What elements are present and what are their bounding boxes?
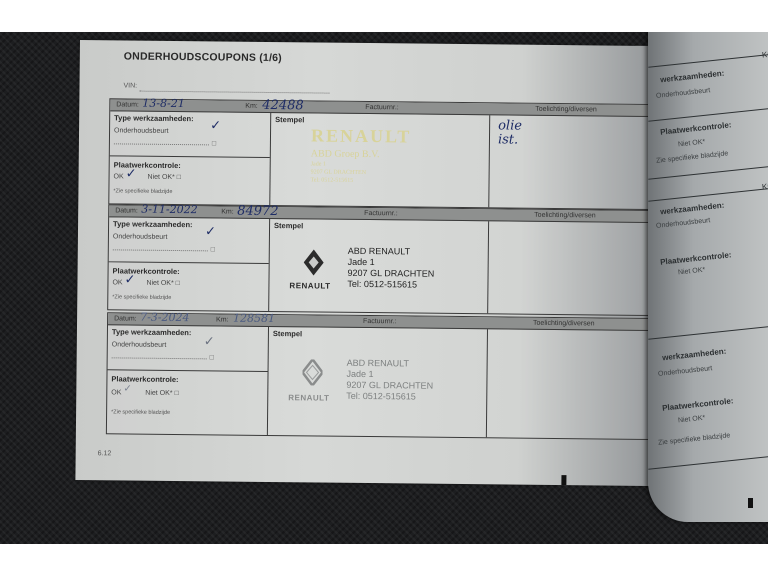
onderhoudsbeurt-label: Onderhoudsbeurt: [112, 341, 167, 349]
page-number: 6.12: [98, 450, 112, 457]
onderhoudsbeurt-label: Onderhoudsbeurt: [113, 233, 168, 241]
datum-value: 3-11-2022: [141, 203, 198, 217]
rp-text: Plaatwerkcontrole:: [662, 396, 734, 412]
datum-value: 7-3-2024: [140, 311, 190, 325]
stempel-label: Stempel: [275, 115, 304, 124]
stamp-line: Tel: 0512-515615: [346, 391, 433, 403]
stamp-line: 9207 GL DRACHTEN: [346, 380, 433, 392]
dealer-stamp: RENAULT ABD Groep B.V. Jade 1 9207 GL DR…: [311, 125, 412, 184]
stamp-line: Jade 1: [348, 257, 435, 269]
plaatwerkcontrole-label: Plaatwerkcontrole:: [113, 266, 180, 276]
rp-text: Plaatwerkcontrole:: [660, 250, 732, 266]
ok-label: OK: [112, 279, 122, 286]
rp-text: Onderhoudsbeurt: [656, 217, 711, 230]
work-type-column: Type werkzaamheden: Onderhoudsbeurt ✓ □ …: [107, 325, 269, 435]
niet-ok-label: Niet OK* □: [148, 174, 181, 181]
stamp-column: Stempel RENAULT ABD RENAULT Jade 1 9207 …: [269, 219, 489, 313]
checkbox: □: [211, 246, 215, 253]
ok-check: ✓: [124, 272, 135, 287]
divider: [108, 369, 268, 372]
stempel-label: Stempel: [274, 221, 303, 230]
rp-text: Niet OK*: [678, 415, 706, 425]
km-label: Km:: [221, 208, 234, 215]
dotted-line: [113, 249, 208, 251]
footnote: *Zie specifieke bladzijde: [112, 294, 171, 301]
stamp-line: Jade 1: [311, 161, 411, 168]
onderhoudsbeurt-label: Onderhoudsbeurt: [114, 127, 169, 135]
toelichting-note: olie ist.: [498, 119, 538, 147]
stamp-line: Tel: 0512-515615: [347, 279, 434, 291]
toelichting-column: [487, 329, 668, 439]
stamp-line: ABD RENAULT: [347, 358, 434, 370]
km-value: 128581: [233, 312, 275, 325]
km-label: Km:: [245, 103, 258, 110]
stamp-brand: RENAULT: [288, 393, 329, 402]
stamp-column: Stempel RENAULT ABD RENAULT Jade 1 9207 …: [268, 327, 488, 437]
stamp-line: 9207 GL DRACHTEN: [311, 169, 411, 176]
rp-text: Onderhoudsbeurt: [658, 365, 713, 378]
factuurnr-label: Factuurnr.:: [365, 104, 399, 111]
page-title: ONDERHOUDSCOUPONS (1/6): [124, 50, 282, 64]
ok-label: OK: [114, 173, 124, 180]
rp-line: [648, 165, 768, 180]
niet-ok-label: Niet OK* □: [145, 390, 178, 397]
toelichting-column: [488, 221, 669, 315]
niet-ok-label: Niet OK* □: [146, 280, 179, 287]
rp-text: Niet OK*: [678, 139, 706, 149]
work-type-column: Type werkzaamheden: Onderhoudsbeurt ✓ □ …: [109, 111, 271, 205]
ok-label: OK: [111, 389, 121, 396]
datum-label: Datum:: [114, 315, 137, 322]
stamp-line: 9207 GL DRACHTEN: [348, 268, 435, 280]
km-value: 84972: [237, 204, 279, 219]
checkbox: □: [212, 140, 216, 147]
datum-label: Datum:: [115, 207, 138, 214]
checkbox: □: [210, 354, 214, 361]
renault-logo-icon: [302, 359, 322, 385]
vin-label: VIN:: [123, 82, 137, 89]
divider: [110, 155, 270, 158]
km-label: Km:: [216, 316, 229, 323]
toelichting-label: Toelichting/diversen: [533, 320, 595, 328]
type-werkzaamheden-label: Type werkzaamheden:: [112, 327, 192, 337]
work-type-column: Type werkzaamheden: Onderhoudsbeurt ✓ □ …: [108, 217, 270, 311]
stamp-line: Tel: 0512-515615: [311, 177, 411, 184]
datum-value: 13-8-21: [142, 97, 185, 110]
rp-line: [648, 107, 768, 122]
rp-line: [648, 455, 768, 470]
page-tab-marker: [748, 498, 753, 508]
stamp-line: ABD RENAULT: [348, 246, 435, 258]
rp-text: Onderhoudsbeurt: [656, 87, 711, 100]
stamp-line: ABD Groep B.V.: [311, 148, 411, 160]
rp-text: werkzaamheden:: [660, 201, 725, 217]
stamp-column: Stempel RENAULT ABD Groep B.V. Jade 1 92…: [270, 113, 490, 207]
dotted-line: [112, 357, 207, 359]
footnote: *Zie specifieke bladzijde: [111, 409, 170, 416]
ok-check: ✓: [123, 383, 132, 394]
stamp-line: Jade 1: [346, 369, 433, 381]
footnote: *Zie specifieke bladzijde: [113, 188, 172, 195]
renault-logo-icon: [304, 249, 324, 275]
rp-line: [648, 325, 768, 340]
plaatwerkcontrole-label: Plaatwerkcontrole:: [111, 374, 178, 384]
ok-check: ✓: [126, 166, 137, 181]
stamp-brand: RENAULT: [311, 125, 412, 147]
rp-text: Zie specifieke bladzijde: [656, 150, 729, 165]
rp-text: Plaatwerkcontrole:: [660, 120, 732, 136]
rp-text: werkzaamheden:: [662, 347, 727, 363]
dotted-line: [114, 143, 209, 145]
dealer-stamp: ABD RENAULT Jade 1 9207 GL DRACHTEN Tel:…: [346, 358, 433, 403]
coupon-3: Datum: 7-3-2024 Km: 128581 Factuurnr.: T…: [106, 312, 669, 440]
vin-line: [139, 91, 329, 94]
type-werkzaamheden-label: Type werkzaamheden:: [114, 113, 194, 123]
factuurnr-label: Factuurnr.:: [363, 318, 397, 325]
rp-text: Km: [762, 181, 768, 191]
page-tab-marker: [561, 475, 566, 485]
booklet-right-page: Km werkzaamheden: Onderhoudsbeurt Plaatw…: [648, 32, 768, 522]
dealer-stamp: ABD RENAULT Jade 1 9207 GL DRACHTEN Tel:…: [347, 246, 434, 291]
km-value: 42488: [262, 98, 304, 113]
onderhoudsbeurt-check: ✓: [210, 118, 221, 133]
coupon-1: Datum: 13-8-21 Km: 42488 Factuurnr.: Toe…: [108, 98, 671, 210]
toelichting-label: Toelichting/diversen: [534, 212, 596, 220]
rp-text: Niet OK*: [678, 267, 706, 277]
onderhoudsbeurt-check: ✓: [205, 224, 216, 239]
stamp-brand: RENAULT: [289, 281, 330, 290]
factuurnr-label: Factuurnr.:: [364, 210, 398, 217]
coupon-2: Datum: 3-11-2022 Km: 84972 Factuurnr.: T…: [107, 204, 670, 316]
type-werkzaamheden-label: Type werkzaamheden:: [113, 219, 193, 229]
plaatwerkcontrole-label: Plaatwerkcontrole:: [114, 160, 181, 170]
rp-line: [648, 53, 768, 68]
rp-line: [648, 187, 768, 202]
booklet-left-page: ONDERHOUDSCOUPONS (1/6) VIN: Datum: 13-8…: [75, 40, 670, 486]
divider: [109, 261, 269, 264]
rp-text: werkzaamheden:: [660, 69, 725, 85]
toelichting-column: olie ist.: [489, 115, 670, 209]
onderhoudsbeurt-check: ✓: [204, 334, 215, 349]
photo-background: ONDERHOUDSCOUPONS (1/6) VIN: Datum: 13-8…: [0, 32, 768, 544]
datum-label: Datum:: [116, 101, 139, 108]
stempel-label: Stempel: [273, 329, 302, 338]
rp-text: Zie specifieke bladzijde: [658, 432, 731, 447]
toelichting-label: Toelichting/diversen: [535, 106, 597, 114]
